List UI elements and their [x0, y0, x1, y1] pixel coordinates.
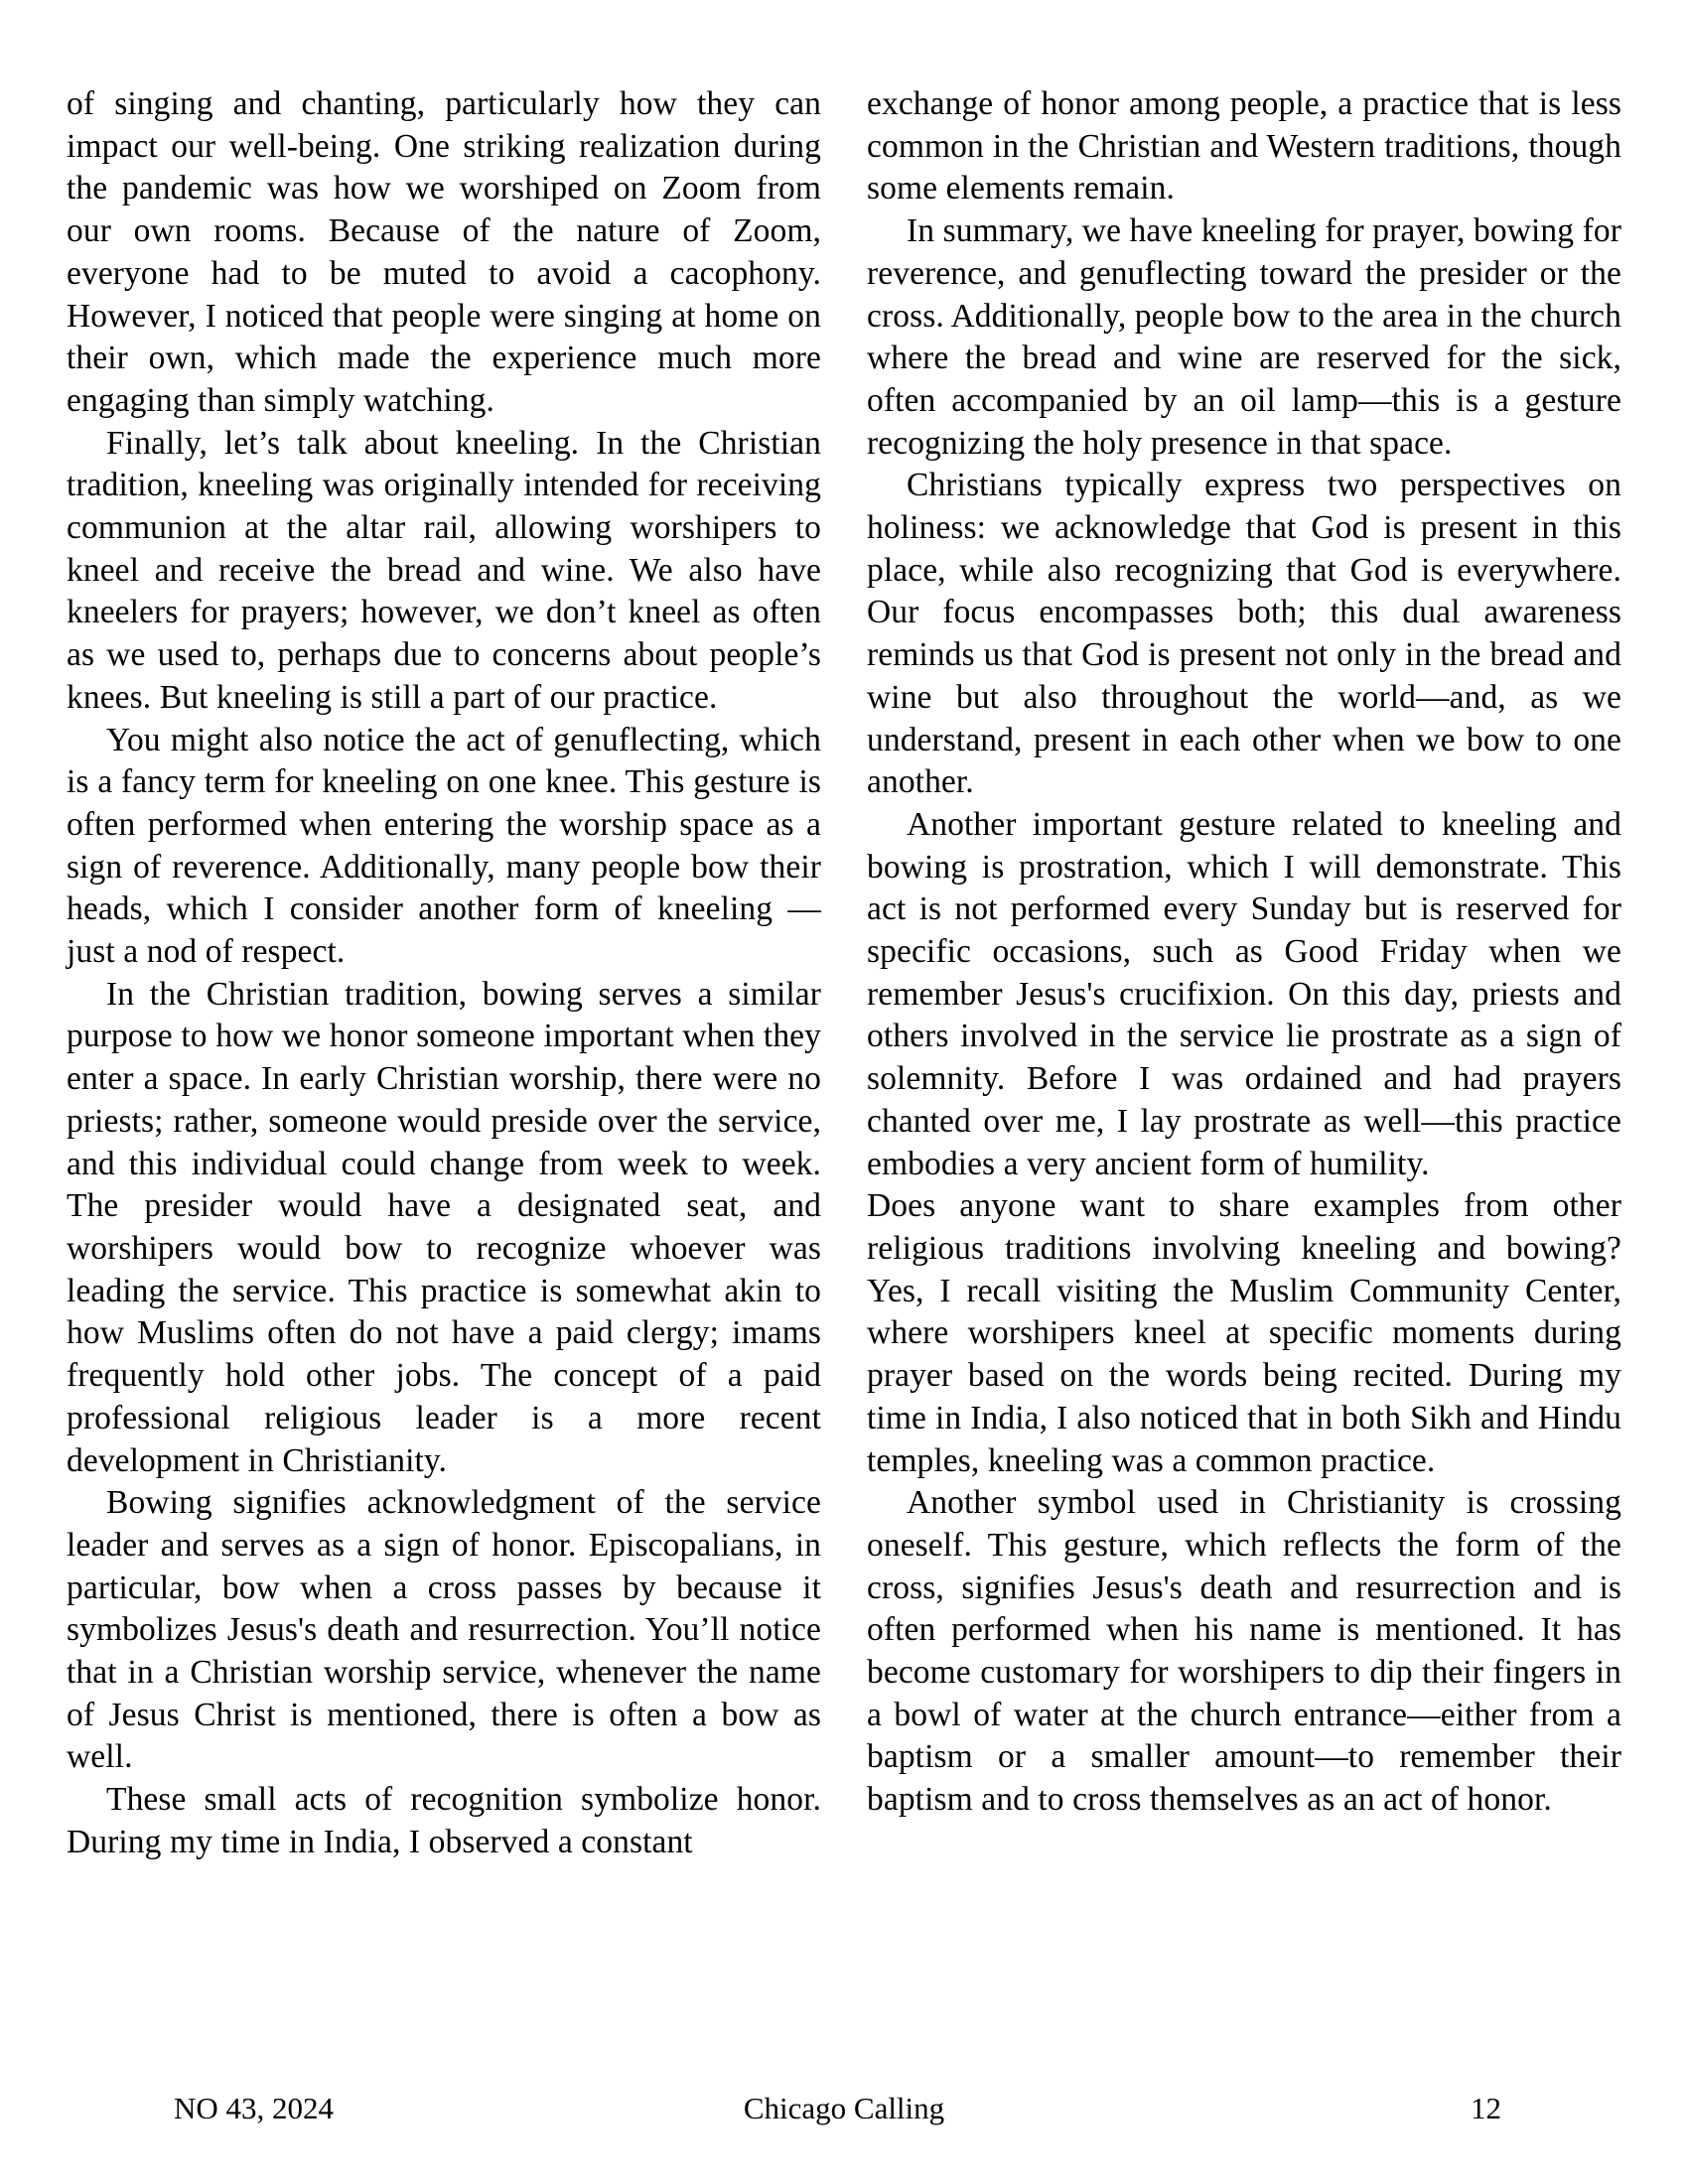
text-column-left: of singing and chanting, particularly ho…	[67, 83, 821, 1864]
paragraph: of singing and chanting, particularly ho…	[67, 83, 821, 423]
paragraph: In the Christian tradition, bowing serve…	[67, 974, 821, 1482]
paragraph: Another symbol used in Christianity is c…	[867, 1482, 1621, 1822]
paragraph: These small acts of recognition symboliz…	[67, 1779, 821, 1863]
text-column-right: exchange of honor among people, a practi…	[867, 83, 1621, 1864]
paragraph: You might also notice the act of genufle…	[67, 720, 821, 974]
document-page: of singing and chanting, particularly ho…	[0, 0, 1688, 2184]
paragraph: Bowing signifies acknowledgment of the s…	[67, 1482, 821, 1779]
page-footer: NO 43, 2024 Chicago Calling 12	[0, 2087, 1688, 2130]
footer-publication-title: Chicago Calling	[0, 2087, 1688, 2130]
paragraph: In summary, we have kneeling for prayer,…	[867, 210, 1621, 465]
paragraph: Another important gesture related to kne…	[867, 804, 1621, 1185]
paragraph: Does anyone want to share examples from …	[867, 1185, 1621, 1482]
article-body: of singing and chanting, particularly ho…	[67, 83, 1621, 1864]
paragraph: Christians typically express two perspec…	[867, 465, 1621, 804]
footer-page-number: 12	[1471, 2087, 1501, 2130]
paragraph: Finally, let’s talk about kneeling. In t…	[67, 423, 821, 720]
paragraph: exchange of honor among people, a practi…	[867, 83, 1621, 210]
